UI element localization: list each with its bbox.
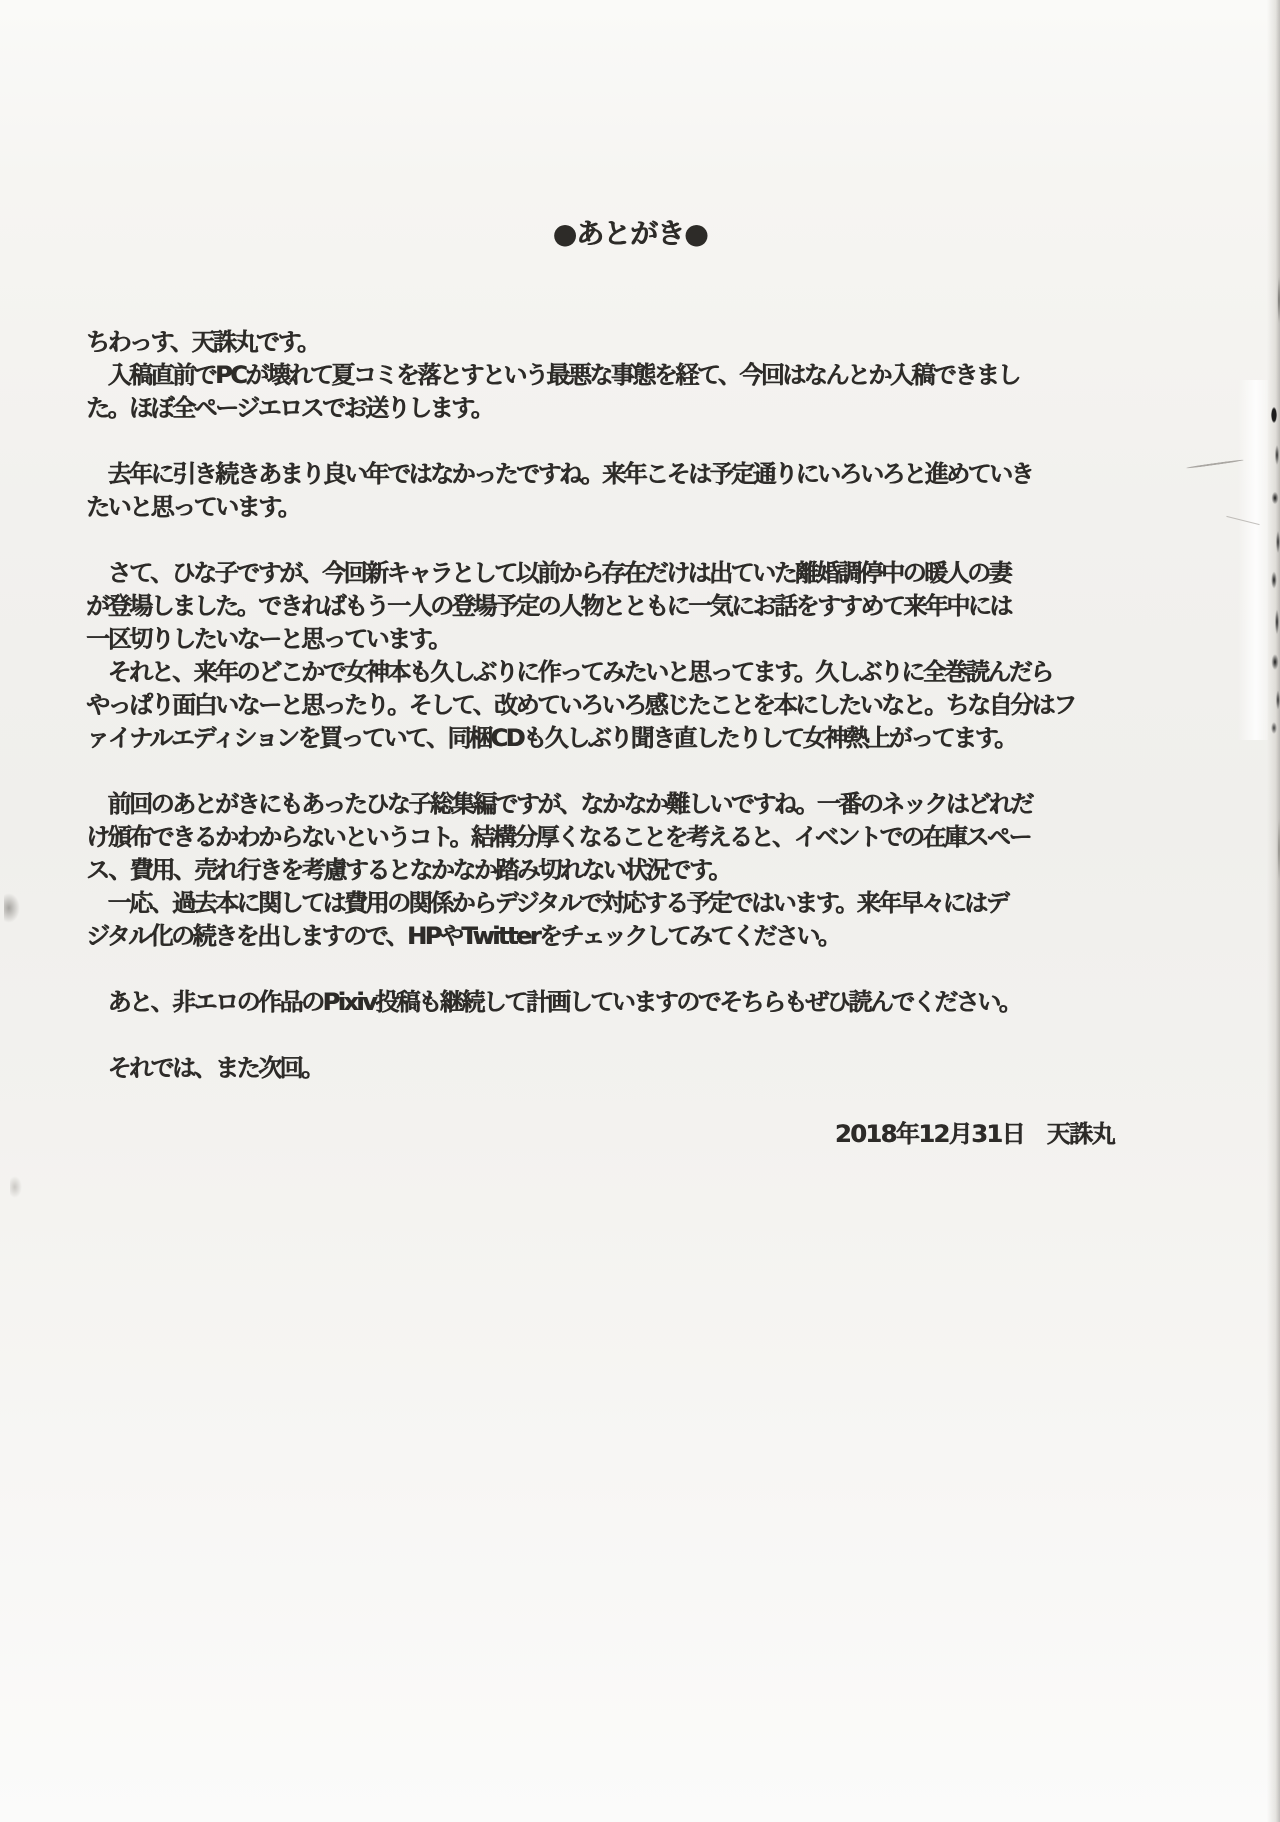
paragraph-list: ちわっす、天誅丸です。 入稿直前でPCが壊れて夏コミを落とすという最悪な事態を経… [86,326,1276,1085]
paragraph: 去年に引き続きあまり良い年ではなかったですね。来年こそは予定通りにいろいろと進め… [86,458,1276,524]
scan-smudge [10,1176,22,1198]
page-title: ●あとがき● [0,212,1260,252]
paragraph: ちわっす、天誅丸です。 入稿直前でPCが壊れて夏コミを落とすという最悪な事態を経… [86,326,1276,425]
torn-paper-edge [1258,0,1280,1822]
paragraph: さて、ひな子ですが、今回新キャラとして以前から存在だけは出ていた離婚調停中の暖人… [86,557,1276,755]
date-signature: 2018年12月31日 天誅丸 [86,1118,1276,1151]
paragraph: それでは、また次回。 [86,1052,1276,1085]
afterword-body: ちわっす、天誅丸です。 入稿直前でPCが壊れて夏コミを落とすという最悪な事態を経… [0,326,1276,1151]
paragraph: 前回のあとがきにもあったひな子総集編ですが、なかなか難しいですね。一番のネックは… [86,788,1276,953]
scan-smudge [4,893,20,923]
afterword-page: ●あとがき● ちわっす、天誅丸です。 入稿直前でPCが壊れて夏コミを落とすという… [0,0,1280,1822]
paragraph: あと、非エロの作品のPixiv投稿も継続して計画していますのでそちらもぜひ読んで… [86,986,1276,1019]
